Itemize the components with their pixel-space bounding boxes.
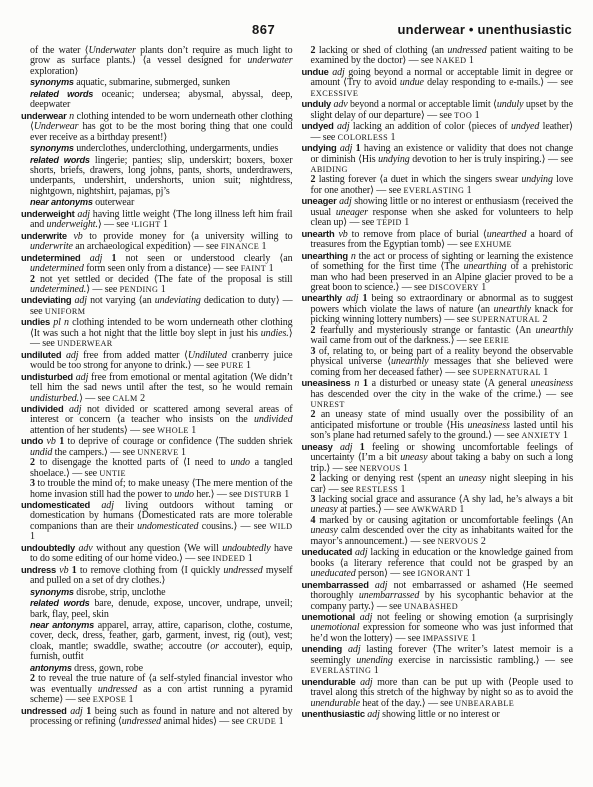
headword: undo — [21, 435, 47, 446]
entry-sub-paragraph: 2 lacking or denying rest ⟨spent an unea… — [302, 474, 574, 495]
headword: underwrite — [21, 230, 73, 241]
entry-text: ⟩ — see — [79, 393, 112, 404]
entry-text: exercise in narcissistic rambling.⟩ — se… — [393, 655, 573, 666]
entry-text: undies. — [261, 328, 289, 339]
cross-reference: NERVOUS — [438, 537, 479, 546]
headword: unembarrassed — [302, 579, 375, 590]
dictionary-entry: undiluted adj free from added matter ⟨Un… — [21, 350, 293, 372]
cross-reference: WHOLE — [157, 426, 189, 435]
part-of-speech: pl n — [53, 317, 72, 328]
headword: uneager — [302, 195, 340, 206]
entry-text: 1 — [464, 185, 471, 196]
entry-text: undue — [400, 77, 424, 88]
dictionary-entry: unduly adv beyond a normal or acceptable… — [302, 99, 574, 121]
cross-reference: EXHUME — [475, 240, 512, 249]
dictionary-entry: underwear n clothing intended to be worn… — [21, 111, 293, 143]
entry-text: undeviating — [155, 295, 201, 306]
entry-text: 2 — [478, 536, 485, 547]
entry-text: lacking social grace and assurance ⟨A sh… — [319, 494, 573, 505]
headword: undivided — [21, 403, 69, 414]
part-of-speech: adj — [337, 121, 353, 132]
entry-text: an archaeological expedition⟩ — see — [73, 241, 221, 252]
cross-reference: IGNORANT — [417, 569, 463, 578]
entry-text: undo — [174, 489, 194, 500]
headword: unduly — [302, 98, 334, 109]
dictionary-entry: unending adj lasting forever ⟨The writer… — [302, 644, 574, 676]
entry-text: disrobe, strip, unclothe — [76, 587, 165, 598]
entry-text: 2 — [311, 409, 321, 420]
cross-reference: ANXIETY — [521, 431, 560, 440]
cross-reference: EERIE — [484, 336, 509, 345]
dictionary-entry: unemotional adj not feeling or showing e… — [302, 612, 574, 644]
entry-text: fearfully and mysteriously strange or fa… — [320, 325, 536, 336]
entry-text: undo — [230, 457, 250, 468]
headword: undies — [21, 316, 53, 327]
dictionary-entry: unenthusiastic adj showing little or no … — [302, 709, 574, 720]
entry-text: unearthly — [391, 356, 428, 367]
entry-text: 2 — [30, 457, 40, 468]
cross-reference: EXCESSIVE — [311, 89, 359, 98]
entry-text: beyond a normal or acceptable limit ⟨ — [350, 99, 497, 110]
cross-reference: UNTIE — [99, 469, 126, 478]
part-of-speech: adj — [70, 706, 86, 717]
cross-reference: UNBEARABLE — [455, 699, 514, 708]
entry-text: 1 — [244, 360, 251, 371]
dictionary-entry: uneager adj showing little or no interes… — [302, 196, 574, 228]
text-columns: of the water ⟨Underwater plants don’t re… — [0, 42, 593, 728]
dictionary-entry: undressed adj 1 being such as found in n… — [21, 706, 293, 728]
entry-sub-paragraph: 3 of, relating to, or being part of a re… — [302, 347, 574, 378]
entry-text: undressed — [122, 716, 161, 727]
headword: undyed — [302, 120, 338, 131]
cross-reference: UNABASHED — [404, 602, 458, 611]
part-of-speech: adv — [79, 543, 97, 554]
cross-reference: ¹LIGHT — [131, 220, 160, 229]
entry-text: unemotional — [311, 622, 360, 633]
right-column: 2 lacking or shed of clothing ⟨an undres… — [302, 46, 574, 728]
entry-text: 1 — [86, 706, 94, 717]
cross-reference: EVERLASTING — [311, 666, 372, 675]
entry-sub-paragraph: 4 marked by or causing agitation or unco… — [302, 516, 574, 547]
part-of-speech: n — [351, 251, 359, 262]
entry-text: 1 — [161, 219, 168, 230]
entry-text: dress, gown, robe — [74, 663, 143, 674]
cross-reference: CALM — [112, 394, 137, 403]
dictionary-entry: undetermined adj 1 not seen or understoo… — [21, 253, 293, 275]
part-of-speech: adj — [348, 644, 366, 655]
cross-reference: UNDERWEAR — [57, 339, 112, 348]
guide-words: underwear • unenthusiastic — [398, 22, 572, 37]
entry-sub-paragraph: near antonyms apparel, array, attire, ca… — [21, 620, 293, 663]
entry-text: person⟩ — see — [356, 568, 418, 579]
part-of-speech: vb — [47, 436, 60, 447]
entry-text: uneasy — [311, 504, 338, 515]
cross-reference: INDEED — [212, 554, 245, 563]
entry-text: undying — [378, 154, 410, 165]
cross-reference: UNIFORM — [45, 307, 86, 316]
entry-text: unearthly — [494, 304, 531, 315]
cross-reference: UNNERVE — [137, 448, 178, 457]
entry-text: 1 — [463, 568, 470, 579]
entry-text: free from added matter ⟨ — [83, 350, 188, 361]
headword: undress — [21, 564, 59, 575]
entry-text: uneasy — [459, 473, 486, 484]
dictionary-entry: undying adj 1 having an existence or val… — [302, 143, 574, 175]
entry-text: 1 — [266, 263, 273, 274]
entry-text: 3 — [311, 494, 319, 505]
headword: undisturbed — [21, 371, 76, 382]
label: synonyms — [30, 77, 76, 87]
part-of-speech: adj — [75, 295, 91, 306]
entry-text: 1 — [469, 633, 476, 644]
entry-text: 1 — [363, 378, 372, 389]
entry-text: or — [210, 641, 219, 652]
part-of-speech: n — [354, 378, 363, 389]
dictionary-entry: undomesticated adj living outdoors witho… — [21, 500, 293, 543]
label: related words — [30, 89, 102, 99]
label: synonyms — [30, 143, 76, 153]
cross-reference: PENDING — [120, 285, 159, 294]
entry-text: 1 — [479, 282, 486, 293]
headword: undeviating — [21, 294, 75, 305]
entry-text: 1 — [179, 447, 186, 458]
part-of-speech: adj — [76, 372, 91, 383]
dictionary-entry: undo vb 1 to deprive of courage or confi… — [21, 436, 293, 458]
dictionary-entry: undivided adj not divided or scattered a… — [21, 404, 293, 436]
cross-reference: WILD — [270, 522, 293, 531]
entry-text: 2 — [540, 314, 547, 325]
entry-text: showing little or no interest or — [382, 709, 500, 720]
cross-reference: SUPERNATURAL — [472, 315, 541, 324]
entry-text: ⟩ — see — [86, 284, 119, 295]
part-of-speech: adj — [340, 143, 356, 154]
cross-reference: NERVOUS — [360, 464, 401, 473]
entry-text: lasting forever ⟨a duet in which the sin… — [319, 174, 522, 185]
entry-text: underweight. — [47, 219, 98, 230]
entry-text: undetermined. — [30, 284, 86, 295]
entry-text: of the water ⟨ — [30, 45, 88, 56]
entry-text: undivided — [254, 414, 293, 425]
cross-reference: RESTLESS — [356, 485, 398, 494]
entry-text: 1 — [276, 716, 283, 727]
entry-text: 1 — [388, 132, 395, 143]
headword: uneducated — [302, 546, 356, 557]
part-of-speech: adj — [90, 253, 112, 264]
part-of-speech: adv — [333, 99, 350, 110]
part-of-speech: adj — [375, 580, 394, 591]
entry-text: delay responding to e-mails.⟩ — see — [424, 77, 573, 88]
entry-sub-paragraph: synonyms disrobe, strip, unclothe — [21, 587, 293, 598]
entry-text: to remove from place of burial ⟨ — [352, 229, 487, 240]
entry-text: 1 — [466, 55, 473, 66]
part-of-speech: adj — [332, 67, 348, 78]
entry-text: unendurable — [311, 698, 360, 709]
entry-sub-paragraph: 2 to disengage the knotted parts of ⟨I n… — [21, 458, 293, 479]
entry-text: undyed — [511, 121, 539, 132]
cross-reference: EVERLASTING — [403, 186, 464, 195]
dictionary-entry: unearthing n the act or process of sight… — [302, 251, 574, 294]
label: near antonyms — [30, 197, 95, 207]
headword: underweight — [21, 208, 77, 219]
entry-text: lacking an addition of color ⟨pieces of — [353, 121, 511, 132]
part-of-speech: adj — [340, 442, 360, 453]
entry-text: to disengage the knotted parts of ⟨I nee… — [40, 457, 231, 468]
dictionary-entry: underwrite vb to provide money for ⟨a un… — [21, 231, 293, 253]
entry-text: underwater — [247, 55, 292, 66]
entry-text: uneasiness — [531, 378, 573, 389]
entry-text: cousins.⟩ — see — [198, 521, 269, 532]
label: related words — [30, 598, 94, 608]
entry-text: 2 — [311, 473, 320, 484]
entry-text: not feeling or showing emotion ⟨a surpri… — [377, 612, 573, 623]
entry-sub-paragraph: 2 to reveal the true nature of ⟨a self-s… — [21, 674, 293, 705]
part-of-speech: adj — [367, 709, 382, 720]
entry-text: a disturbed or uneasy state ⟨A general — [372, 378, 531, 389]
entry-text: her.⟩ — see — [194, 489, 244, 500]
entry-text: 2 — [311, 325, 321, 336]
entry-text: 1 — [72, 565, 80, 576]
part-of-speech: adj — [339, 196, 354, 207]
entry-text: 1 — [282, 489, 289, 500]
headword: undying — [302, 142, 340, 153]
entry-text: heat of the day.⟩ — see — [360, 698, 455, 709]
entry-text: 1 — [111, 253, 125, 264]
entry-text: has descended over the city in the wake … — [311, 389, 574, 400]
dictionary-page: 867 underwear • unenthusiastic of the wa… — [0, 0, 593, 787]
entry-text: ⟩ — see — [98, 219, 131, 230]
entry-text: to remove clothing from ⟨I quickly — [80, 565, 224, 576]
part-of-speech: vb — [73, 231, 89, 242]
entry-text: 1 — [158, 284, 165, 295]
part-of-speech: adj — [101, 500, 125, 511]
entry-text: 4 — [311, 515, 320, 526]
part-of-speech: adj — [360, 677, 377, 688]
dictionary-entry: undoubtedly adv without any question ⟨We… — [21, 543, 293, 565]
entry-sub-paragraph: related words lingerie; panties; slip, u… — [21, 155, 293, 198]
cross-reference: IMPASSIVE — [423, 634, 469, 643]
entry-text: the campers.⟩ — see — [52, 447, 137, 458]
entry-text: undetermined — [30, 263, 84, 274]
headword: undiluted — [21, 349, 66, 360]
label: related words — [30, 155, 95, 165]
entry-sub-paragraph: related words oceanic; undersea; abysmal… — [21, 89, 293, 111]
entry-text: unearthed — [487, 229, 527, 240]
dictionary-entry: undisturbed adj free from emotional or m… — [21, 372, 293, 404]
part-of-speech: adj — [355, 547, 370, 558]
entry-text: undisturbed. — [30, 393, 79, 404]
entry-text: uneager — [336, 207, 368, 218]
dictionary-entry: undress vb 1 to remove clothing from ⟨I … — [21, 565, 293, 587]
entry-text: not yet settled or decided ⟨The fate of … — [40, 274, 293, 285]
cross-reference: TOO — [454, 111, 472, 120]
entry-text: 1 — [401, 463, 408, 474]
cross-reference: UNREST — [311, 400, 345, 409]
entry-text: to deprive of courage or confidence ⟨The… — [68, 436, 293, 447]
entry-text: unduly — [497, 99, 524, 110]
entry-text: 1 — [126, 694, 133, 705]
entry-sub-paragraph: 3 lacking social grace and assurance ⟨A … — [302, 495, 574, 516]
dictionary-entry: undue adj going beyond a normal or accep… — [302, 67, 574, 99]
entry-text: underclothes, underclothing, undergarmen… — [76, 143, 278, 154]
headword: unenthusiastic — [302, 708, 368, 719]
headword: undomesticated — [21, 499, 101, 510]
entry-text: unearthing — [464, 261, 507, 272]
entry-text: marked by or causing agitation or uncomf… — [319, 515, 573, 526]
part-of-speech: n — [69, 111, 76, 122]
entry-text: 1 — [457, 504, 464, 515]
cross-reference: CRUDE — [246, 717, 276, 726]
entry-text: lacking or shed of clothing ⟨an — [319, 45, 448, 56]
entry-text: undressed — [447, 45, 486, 56]
entry-text: undressed — [98, 684, 137, 695]
entry-sub-paragraph: 2 an uneasy state of mind usually over t… — [302, 410, 574, 441]
dictionary-entry: uneducated adj lacking in education or t… — [302, 547, 574, 579]
headword: uneasy — [302, 441, 340, 452]
cross-reference: ABIDING — [311, 165, 348, 174]
cross-reference: AWKWARD — [411, 505, 457, 514]
part-of-speech: vb — [59, 565, 71, 576]
entry-text: 1 — [59, 436, 67, 447]
entry-text: animal hides⟩ — see — [161, 716, 246, 727]
part-of-speech: adj — [77, 209, 92, 220]
entry-sub-paragraph: synonyms aquatic, submarine, submerged, … — [21, 77, 293, 88]
headword: undressed — [21, 705, 70, 716]
entry-text: 2 — [311, 174, 319, 185]
headword: unending — [302, 643, 349, 654]
cross-reference: EXPOSE — [93, 695, 126, 704]
entry-text: 1 — [30, 531, 35, 542]
entry-text: undying — [521, 174, 553, 185]
dictionary-entry: uneasiness n 1 a disturbed or uneasy sta… — [302, 378, 574, 410]
headword: unearth — [302, 228, 339, 239]
entry-text: 1 — [472, 110, 479, 121]
cross-reference: NAKED — [436, 56, 467, 65]
entry-text: 1 — [561, 430, 568, 441]
headword: unendurable — [302, 676, 361, 687]
entry-text: wail came from out of the darkness.⟩ — s… — [311, 335, 484, 346]
dictionary-entry: unendurable adj more than can be put up … — [302, 677, 574, 709]
headword: unemotional — [302, 611, 360, 622]
entry-text: attention of her students⟩ — see — [30, 425, 157, 436]
entry-text: underwrite — [30, 241, 73, 252]
entry-text: 3 — [311, 346, 319, 357]
entry-text: exploration⟩ — [30, 66, 78, 77]
entry-text: without any question ⟨We will — [96, 543, 222, 554]
dictionary-entry: unearth vb to remove from place of buria… — [302, 229, 574, 251]
entry-text: at parties.⟩ — see — [338, 504, 412, 515]
page-number: 867 — [252, 22, 275, 37]
entry-text: uneducated — [311, 568, 356, 579]
label: synonyms — [30, 587, 76, 597]
part-of-speech: adj — [66, 350, 83, 361]
label: near antonyms — [30, 620, 98, 630]
entry-text: to provide money for ⟨a university willi… — [89, 231, 292, 242]
left-column: of the water ⟨Underwater plants don’t re… — [21, 46, 293, 728]
dictionary-entry: undyed adj lacking an addition of color … — [302, 121, 574, 143]
entry-text: Underwear — [34, 121, 79, 132]
entry-text: aquatic, submarine, submerged, sunken — [76, 77, 230, 88]
entry-text: 2 — [30, 274, 40, 285]
part-of-speech: adj — [346, 293, 363, 304]
dictionary-entry: undeviating adj not varying ⟨an undeviat… — [21, 295, 293, 317]
entry-sub-paragraph: related words bare, denude, expose, unco… — [21, 598, 293, 620]
headword: unearthing — [302, 250, 351, 261]
entry-text: 2 — [138, 393, 145, 404]
headword: underwear — [21, 110, 69, 121]
cross-reference: DISCOVERY — [429, 283, 479, 292]
label: antonyms — [30, 663, 74, 673]
entry-text: lacking or denying rest ⟨spent an — [319, 473, 458, 484]
entry-text: not seen or understood clearly ⟨an — [126, 253, 293, 264]
entry-sub-paragraph: 2 lacking or shed of clothing ⟨an undres… — [302, 46, 574, 67]
entry-text: not varying ⟨an — [90, 295, 155, 306]
entry-text: Undiluted — [188, 350, 227, 361]
entry-text: undid — [30, 447, 52, 458]
dictionary-entry: uneasy adj 1 feeling or showing uncomfor… — [302, 442, 574, 474]
entry-text: form seen only from a distance⟩ — see — [84, 263, 241, 274]
entry-text: undomesticated — [137, 521, 198, 532]
entry-text: 1 — [245, 553, 252, 564]
cross-reference: FINANCE — [221, 242, 259, 251]
dictionary-entry: unearthly adj 1 being so extraordinary o… — [302, 293, 574, 325]
entry-sub-paragraph: 3 to trouble the mind of; to make uneasy… — [21, 479, 293, 500]
cross-reference: FAINT — [241, 264, 267, 273]
entry-text: uneasy — [311, 525, 338, 536]
entry-text: Underwater — [88, 45, 135, 56]
entry-text: uneasiness — [467, 420, 509, 431]
entry-text: 2 — [311, 45, 319, 56]
entry-sub-paragraph: 2 fearfully and mysteriously strange or … — [302, 326, 574, 347]
entry-text: 1 — [356, 143, 364, 154]
entry-text: 1 — [371, 665, 378, 676]
entry-sub-paragraph: of the water ⟨Underwater plants don’t re… — [21, 46, 293, 77]
part-of-speech: vb — [338, 229, 351, 240]
cross-reference: SUPERNATURAL — [472, 368, 541, 377]
entry-text: 1 — [259, 241, 266, 252]
entry-text: uneasy — [400, 452, 427, 463]
cross-reference: DISTURB — [244, 490, 282, 499]
entry-text: devotion to her is truly inspiring.⟩ — s… — [410, 154, 573, 165]
entry-text: 1 — [402, 217, 409, 228]
dictionary-entry: unembarrassed adj not embarrassed or ash… — [302, 580, 574, 612]
entry-text: outerwear — [95, 197, 134, 208]
headword: undetermined — [21, 252, 90, 263]
part-of-speech: adj — [69, 404, 87, 415]
dictionary-entry: undies pl n clothing intended to be worn… — [21, 317, 293, 349]
entry-sub-paragraph: 2 lasting forever ⟨a duet in which the s… — [302, 175, 574, 196]
entry-text: undoubtedly — [222, 543, 270, 554]
part-of-speech: adj — [360, 612, 377, 623]
entry-text: 2 — [30, 673, 38, 684]
dictionary-entry: underweight adj having little weight ⟨Th… — [21, 209, 293, 231]
entry-sub-paragraph: synonyms underclothes, underclothing, un… — [21, 143, 293, 154]
entry-sub-paragraph: 2 not yet settled or decided ⟨The fate o… — [21, 275, 293, 296]
page-header: 867 underwear • unenthusiastic — [0, 22, 593, 42]
entry-text: 1 — [360, 442, 372, 453]
entry-text: undressed — [223, 565, 262, 576]
cross-reference: COLORLESS — [338, 133, 388, 142]
entry-text: unembarrassed — [359, 590, 419, 601]
entry-text: unearthly — [536, 325, 573, 336]
cross-reference: PURE — [221, 361, 244, 370]
headword: undoubtedly — [21, 542, 79, 553]
entry-text: 1 — [189, 425, 196, 436]
headword: unearthly — [302, 292, 346, 303]
entry-text: 1 — [398, 484, 405, 495]
cross-reference: TEPID — [377, 218, 402, 227]
entry-text: unending — [356, 655, 392, 666]
headword: undue — [302, 66, 333, 77]
